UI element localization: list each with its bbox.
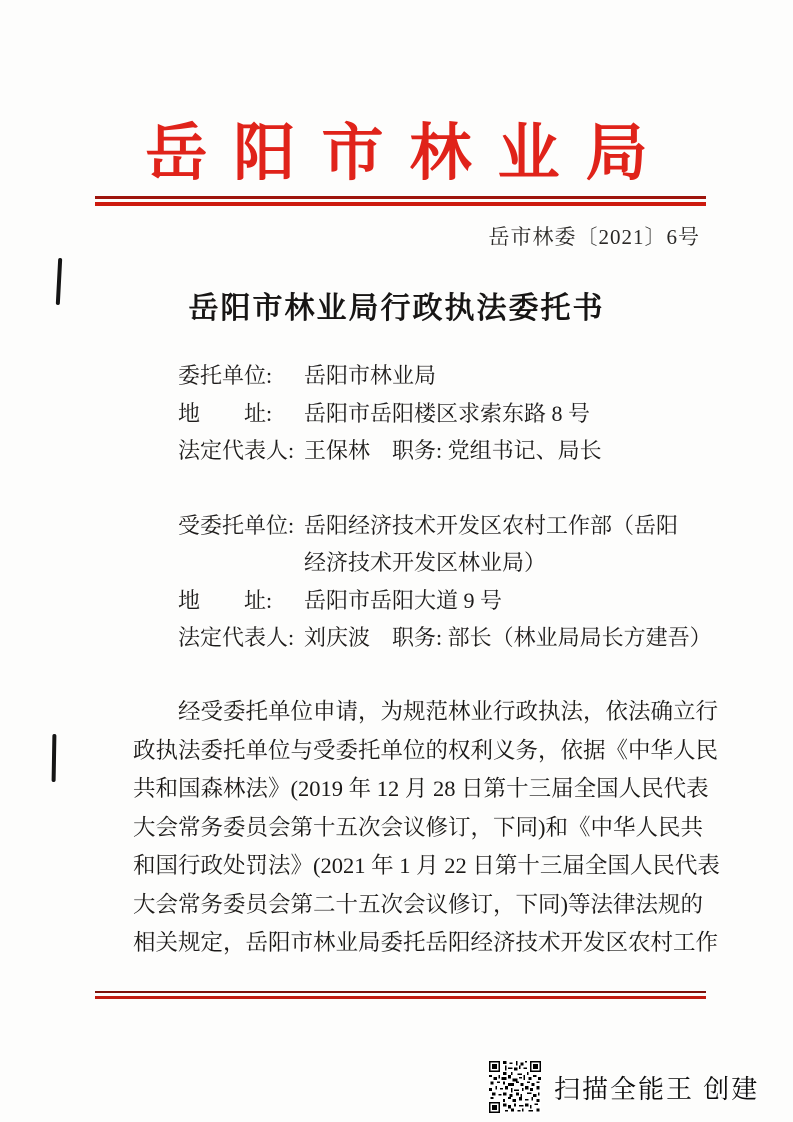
paragraph-line: 大会常务委员会第十五次会议修订，下同)和《中华人民共: [133, 809, 660, 848]
field-value: 刘庆波 职务: 部长（林业局局长方建吾）: [304, 625, 712, 650]
field-value-line: 经济技术开发区林业局）: [304, 544, 678, 582]
footer-divider-rule: [95, 991, 706, 999]
field-value: 岳阳市岳阳大道 9 号: [304, 588, 502, 613]
paragraph-line: 和国行政处罚法》(2021 年 1 月 22 日第十三届全国人民代表: [133, 847, 660, 886]
field-row-legal-representative: 法定代表人: 王保林 职务: 党组书记、局长: [178, 432, 712, 470]
fields-section: 委托单位: 岳阳市林业局 地 址: 岳阳市岳阳楼区求索东路 8 号 法定代表人:…: [178, 357, 712, 657]
qr-code-icon: [489, 1061, 541, 1113]
field-value: 王保林 职务: 党组书记、局长: [304, 438, 602, 463]
field-value-line: 岳阳经济技术开发区农村工作部（岳阳: [304, 507, 678, 545]
scanner-watermark: 扫描全能王 创建: [489, 1061, 759, 1113]
scanned-document-page: 岳阳市林业局 岳市林委〔2021〕6号 岳阳市林业局行政执法委托书 委托单位: …: [0, 0, 793, 1122]
field-label: 委托单位:: [178, 357, 304, 395]
field-label: 地 址:: [178, 582, 304, 620]
field-value: 岳阳市岳阳楼区求索东路 8 号: [304, 401, 590, 426]
field-value: 岳阳市林业局: [304, 363, 436, 388]
field-label: 受委托单位:: [178, 507, 304, 582]
field-row-entrusting-unit: 委托单位: 岳阳市林业局: [178, 357, 712, 395]
field-label: 法定代表人:: [178, 619, 304, 657]
agency-letterhead: 岳阳市林业局: [0, 103, 793, 192]
scan-artifact-mark: [52, 734, 57, 782]
paragraph-line: 经受委托单位申请，为规范林业行政执法，依法确立行: [133, 693, 660, 732]
field-label: 法定代表人:: [178, 432, 304, 470]
field-row-entrusted-unit: 受委托单位: 岳阳经济技术开发区农村工作部（岳阳 经济技术开发区林业局）: [178, 507, 712, 582]
document-title: 岳阳市林业局行政执法委托书: [0, 283, 793, 327]
paragraph-line: 大会常务委员会第二十五次会议修订，下同)等法律法规的: [133, 886, 660, 925]
field-label: 地 址:: [178, 395, 304, 433]
paragraph-line: 共和国森林法》(2019 年 12 月 28 日第十三届全国人民代表: [133, 770, 660, 809]
field-row-address-2: 地 址: 岳阳市岳阳大道 9 号: [178, 582, 712, 620]
scanner-watermark-label: 扫描全能王 创建: [554, 1069, 759, 1106]
paragraph-line: 政执法委托单位与受委托单位的权利义务，依据《中华人民: [133, 732, 660, 771]
body-paragraph: 经受委托单位申请，为规范林业行政执法，依法确立行 政执法委托单位与受委托单位的权…: [133, 693, 660, 963]
paragraph-line: 相关规定，岳阳市林业局委托岳阳经济技术开发区农村工作: [133, 924, 660, 963]
document-number: 岳市林委〔2021〕6号: [489, 221, 701, 251]
letterhead-divider-rule: [95, 196, 706, 206]
field-row-address: 地 址: 岳阳市岳阳楼区求索东路 8 号: [178, 395, 712, 433]
field-row-legal-representative-2: 法定代表人: 刘庆波 职务: 部长（林业局局长方建吾）: [178, 619, 712, 657]
